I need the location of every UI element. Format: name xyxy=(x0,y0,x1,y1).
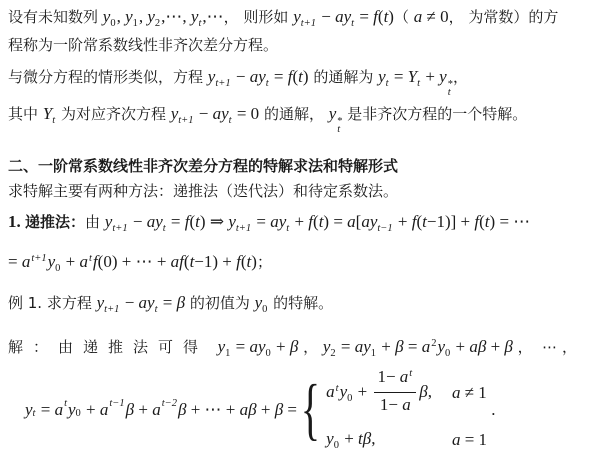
text-run: ， 为常数）的方 xyxy=(449,8,559,26)
text-run: ； xyxy=(257,253,272,271)
text-run: 的通解， xyxy=(259,105,329,123)
subscript: t+1 xyxy=(178,115,193,126)
math-variable: aβ xyxy=(240,399,257,421)
math-operator: ) ⇒ xyxy=(200,212,228,231)
subscript: 0 xyxy=(55,263,60,274)
math-operator: , xyxy=(371,429,375,448)
math-variable: a xyxy=(152,399,161,421)
math-operator: + xyxy=(82,399,100,421)
section-heading: 二、一阶常系数线性非齐次差分方程的特解求法和特解形式 xyxy=(8,156,398,177)
math-variable: β xyxy=(178,399,186,421)
text-run: 程称为一阶常系数线性非齐次差分方程。 xyxy=(8,36,278,54)
math-operator: ≠ 1 xyxy=(460,383,486,402)
math-variable: y xyxy=(25,399,33,421)
math-variable: a xyxy=(100,399,109,421)
math-operator: . xyxy=(487,399,496,421)
math-variable: y xyxy=(68,399,76,421)
text-run: 与微分方程的情形类似，方程 xyxy=(8,68,208,86)
para1-line1: 设有未知数列 y0, y1, y2,⋯, yt,⋯， 则形如 yt+1 − ay… xyxy=(8,6,558,31)
math-variable: y xyxy=(329,104,337,123)
bold-number: 1. xyxy=(8,212,25,231)
math-operator: = xyxy=(167,212,185,231)
math-variable: y xyxy=(340,382,348,401)
text-run xyxy=(208,338,218,356)
math-variable: y xyxy=(326,429,334,448)
case-condition: a ≠ 1 xyxy=(452,382,487,405)
solution-formula: yt = aty0 + at−1β + at−2β + ⋯ + aβ + β =… xyxy=(25,372,496,448)
math-operator: − xyxy=(317,7,335,26)
math-operator: − xyxy=(195,104,213,123)
math-operator: − xyxy=(120,293,138,312)
math-operator: , xyxy=(428,382,432,401)
math-operator: + xyxy=(451,337,469,356)
math-operator: ,⋯ xyxy=(202,7,223,26)
subscript: 0 xyxy=(262,304,267,315)
superscript: t xyxy=(409,368,412,379)
fraction: 1− at1− a xyxy=(374,366,416,417)
math-variable: aβ xyxy=(469,337,486,356)
math-operator: = xyxy=(8,252,22,271)
cases-block: {aty0 + 1− at1− aβ,a ≠ 1y0 + tβ,a = 1 xyxy=(301,368,487,450)
case-condition: a = 1 xyxy=(452,429,487,450)
subscript: t xyxy=(33,403,36,425)
math-variable: a xyxy=(422,337,431,356)
subscript: t xyxy=(417,78,420,89)
math-variable: β xyxy=(275,399,283,421)
para2-line1: 与微分方程的情形类似，方程 yt+1 − ayt = f(t) 的通解为 yt … xyxy=(8,66,468,98)
math-variable: β xyxy=(177,293,185,312)
subscript: 2 xyxy=(330,348,335,359)
math-operator: −1) + xyxy=(194,252,236,271)
math-variable: ay xyxy=(139,293,155,312)
math-operator: 1− xyxy=(380,395,402,414)
solution-line1: 解：由递推法可得 y1 = ay0 + β ， y2 = ay1 + β = a… xyxy=(8,336,577,361)
left-brace: { xyxy=(301,376,320,444)
math-operator: + xyxy=(134,399,152,421)
math-operator: + xyxy=(421,67,439,86)
cases-rows: aty0 + 1− at1− aβ,a ≠ 1y0 + tβ,a = 1 xyxy=(326,368,487,450)
math-operator: 1− xyxy=(377,367,399,386)
subscript: 0 xyxy=(266,348,271,359)
math-variable: Y xyxy=(43,104,52,123)
superscript: t+1 xyxy=(31,253,46,264)
text-run: ， 则形如 xyxy=(224,8,294,26)
math-operator: = xyxy=(252,212,270,231)
subscript: t xyxy=(155,304,158,315)
math-operator: + xyxy=(257,399,275,421)
text-run: ， ⋯ ， xyxy=(513,338,577,356)
superscript: t xyxy=(64,393,67,415)
math-variable: a xyxy=(402,395,411,414)
subscript: t xyxy=(198,18,201,29)
text-run: 其中 xyxy=(8,105,43,123)
superscript: t xyxy=(89,253,92,264)
methods-line: 求特解主要有两种方法：递推法（迭代法）和待定系数法。 xyxy=(8,180,398,203)
math-variable: ay xyxy=(355,337,371,356)
superscript: t xyxy=(336,383,339,394)
math-variable: y xyxy=(439,67,447,86)
subscript: 0 xyxy=(110,18,115,29)
math-variable: ay xyxy=(250,67,266,86)
math-operator: −1)] + xyxy=(427,212,475,231)
math-operator: + xyxy=(353,382,371,401)
math-operator: ) = ⋯ xyxy=(490,212,531,231)
subscript: 0 xyxy=(334,440,339,450)
math-operator: = xyxy=(390,67,408,86)
method1-line1: 1. 递推法：由 yt+1 − ayt = f(t) ⇒ yt+1 = ayt … xyxy=(8,211,530,236)
math-operator: = 0 xyxy=(233,104,260,123)
math-variable: Y xyxy=(408,67,417,86)
text-run: ， xyxy=(298,338,323,356)
math-operator: = 1 xyxy=(460,430,487,449)
subscript: t xyxy=(351,18,354,29)
math-variable: af xyxy=(171,252,184,271)
superscript: t−2 xyxy=(162,393,177,415)
math-variable: β xyxy=(504,337,512,356)
subscript: t+1 xyxy=(104,304,119,315)
text-run: 为对应齐次方程 xyxy=(56,105,171,123)
subscript: t−1 xyxy=(377,223,392,234)
math-operator: = xyxy=(404,337,422,356)
math-variable: a xyxy=(80,252,89,271)
math-variable: a xyxy=(55,399,64,421)
document-page: 设有未知数列 y0, y1, y2,⋯, yt,⋯， 则形如 yt+1 − ay… xyxy=(0,0,602,450)
math-operator: + xyxy=(61,252,79,271)
math-operator: = xyxy=(283,399,301,421)
subscript: t xyxy=(163,223,166,234)
text-run: 的通解为 xyxy=(309,68,379,86)
math-variable: β xyxy=(419,382,427,401)
math-variable: ay xyxy=(335,7,351,26)
subscript: 2 xyxy=(155,18,160,29)
math-variable: a xyxy=(22,252,31,271)
math-operator: + xyxy=(290,212,308,231)
text-run: 是非齐次方程的一个特解。 xyxy=(343,105,528,123)
math-variable: y xyxy=(378,67,386,86)
math-variable: ay xyxy=(213,104,229,123)
subscript: t+1 xyxy=(215,78,230,89)
math-variable: ay xyxy=(147,212,163,231)
text-run: 的初值为 xyxy=(185,294,255,312)
text-run: ， xyxy=(453,68,468,86)
bold-text-run: 二、一阶常系数线性非齐次差分方程的特解求法和特解形式 xyxy=(8,157,398,175)
text-run: 由 xyxy=(85,213,105,231)
text-run: 设有未知数列 xyxy=(8,8,103,26)
math-operator: − xyxy=(232,67,250,86)
math-operator: = xyxy=(337,337,355,356)
subscript: 0 xyxy=(347,393,352,404)
subscript: 1 xyxy=(133,18,138,29)
math-variable: ay xyxy=(361,212,377,231)
fraction-numerator: 1− at xyxy=(374,366,416,393)
subscript: t+1 xyxy=(112,223,127,234)
subscript: t xyxy=(337,126,340,134)
subscript: t+1 xyxy=(236,223,251,234)
case-expression: y0 + tβ, xyxy=(326,428,432,450)
math-operator: , xyxy=(117,7,126,26)
subscript: t xyxy=(52,115,55,126)
subscript: 0 xyxy=(445,348,450,359)
math-variable: a xyxy=(326,382,335,401)
subscript: t xyxy=(448,89,451,97)
text-run: 的特解。 xyxy=(268,294,333,312)
superscript: t−1 xyxy=(109,393,124,415)
math-variable: y xyxy=(228,212,236,231)
math-operator: + xyxy=(272,337,290,356)
math-variable: tβ xyxy=(358,429,371,448)
math-operator: = xyxy=(270,67,288,86)
math-operator: + ⋯ + xyxy=(186,399,239,421)
math-variable: a xyxy=(414,7,423,26)
math-variable: y xyxy=(437,337,445,356)
subscript: 1 xyxy=(225,348,230,359)
math-operator: ≠ 0 xyxy=(422,7,448,26)
subscript: t xyxy=(266,78,269,89)
math-variable: y xyxy=(293,7,301,26)
math-operator: = xyxy=(159,293,177,312)
para1-line2: 程称为一阶常系数线性非齐次差分方程。 xyxy=(8,34,278,57)
math-operator: ,⋯, xyxy=(161,7,191,26)
subscript: 0 xyxy=(76,403,81,425)
method1-line2: = at+1y0 + atf(0) + ⋯ + af(t−1) + f(t)； xyxy=(8,251,272,276)
math-operator: ) = xyxy=(323,212,347,231)
math-variable: a xyxy=(400,367,409,386)
math-operator: = xyxy=(355,7,373,26)
math-operator: + xyxy=(340,429,358,448)
text-run: （ xyxy=(394,8,414,26)
math-variable: ay xyxy=(270,212,286,231)
math-variable: ay xyxy=(249,337,265,356)
math-variable: β xyxy=(395,337,403,356)
subscript: t+1 xyxy=(301,18,316,29)
spaced-text-run: 解：由递推法可得 xyxy=(8,338,208,356)
math-operator: − xyxy=(129,212,147,231)
fraction-denominator: 1− a xyxy=(374,393,416,417)
math-operator: (0) + ⋯ + xyxy=(98,252,171,271)
math-operator: + xyxy=(377,337,395,356)
math-operator: + xyxy=(394,212,412,231)
para2-line2: 其中 Yt 为对应齐次方程 yt+1 − ayt = 0 的通解， y*t 是非… xyxy=(8,103,527,135)
subscript: 1 xyxy=(371,348,376,359)
subscript: t xyxy=(229,115,232,126)
text-run: 求特解主要有两种方法：递推法（迭代法）和待定系数法。 xyxy=(8,182,398,200)
bold-text-run: 递推法： xyxy=(25,213,85,231)
math-variable: y xyxy=(218,337,226,356)
subscript: t xyxy=(386,78,389,89)
math-variable: a xyxy=(347,212,356,231)
math-variable: β xyxy=(126,399,134,421)
superscript: 2 xyxy=(431,338,436,349)
text-run: 例 1. 求方程 xyxy=(8,294,97,312)
math-operator: + xyxy=(486,337,504,356)
subscript: t xyxy=(286,223,289,234)
math-variable: y xyxy=(125,7,133,26)
case-expression: aty0 + 1− at1− aβ, xyxy=(326,368,432,419)
example1-line: 例 1. 求方程 yt+1 − ayt = β 的初值为 y0 的特解。 xyxy=(8,292,333,317)
math-operator: = xyxy=(231,337,249,356)
math-variable: y xyxy=(147,7,155,26)
math-operator: = xyxy=(36,399,54,421)
